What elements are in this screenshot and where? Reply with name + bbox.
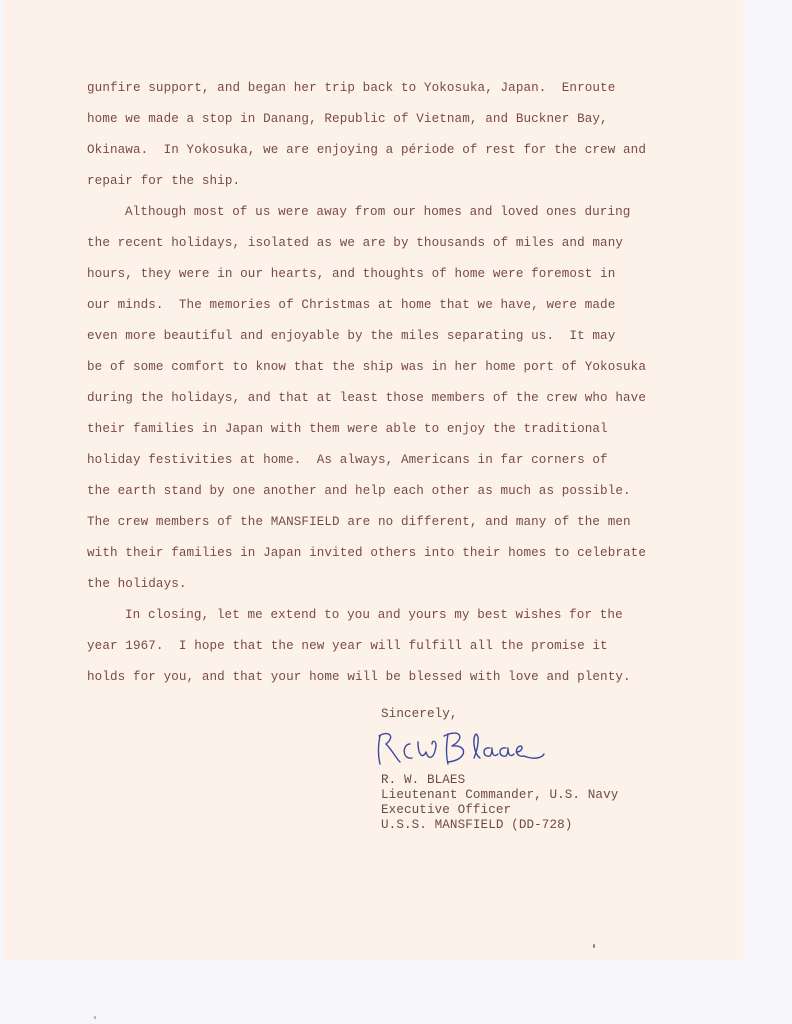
letter-line: their families in Japan with them were a… [87, 419, 608, 439]
letter-line: even more beautiful and enjoyable by the… [87, 326, 615, 346]
closing-salutation: Sincerely, [381, 706, 458, 722]
letter-line: gunfire support, and began her trip back… [87, 78, 615, 98]
letter-line: be of some comfort to know that the ship… [87, 357, 646, 377]
letter-line: repair for the ship. [87, 171, 240, 191]
letter-line-indented: In closing, let me extend to you and you… [125, 605, 623, 625]
scan-speck [593, 944, 595, 948]
signer-title: Executive Officer [381, 802, 511, 818]
letter-line: year 1967. I hope that the new year will… [87, 636, 608, 656]
signer-ship: U.S.S. MANSFIELD (DD-728) [381, 817, 572, 833]
letter-line: the earth stand by one another and help … [87, 481, 631, 501]
letter-line: home we made a stop in Danang, Republic … [87, 109, 608, 129]
signer-name: R. W. BLAES [381, 772, 465, 788]
letter-line: during the holidays, and that at least t… [87, 388, 646, 408]
letter-line: the recent holidays, isolated as we are … [87, 233, 623, 253]
letter-page: gunfire support, and began her trip back… [4, 0, 743, 960]
letter-line: The crew members of the MANSFIELD are no… [87, 512, 631, 532]
letter-line: Okinawa. In Yokosuka, we are enjoying a … [87, 140, 646, 160]
letter-line: holds for you, and that your home will b… [87, 667, 631, 687]
handwritten-signature [374, 724, 546, 770]
letter-line: holiday festivities at home. As always, … [87, 450, 608, 470]
letter-line: our minds. The memories of Christmas at … [87, 295, 615, 315]
letter-line-indented: Although most of us were away from our h… [125, 202, 630, 222]
letter-line: the holidays. [87, 574, 187, 594]
scan-speck [94, 1016, 96, 1019]
letter-line: hours, they were in our hearts, and thou… [87, 264, 615, 284]
letter-line: with their families in Japan invited oth… [87, 543, 646, 563]
signer-rank: Lieutenant Commander, U.S. Navy [381, 787, 618, 803]
